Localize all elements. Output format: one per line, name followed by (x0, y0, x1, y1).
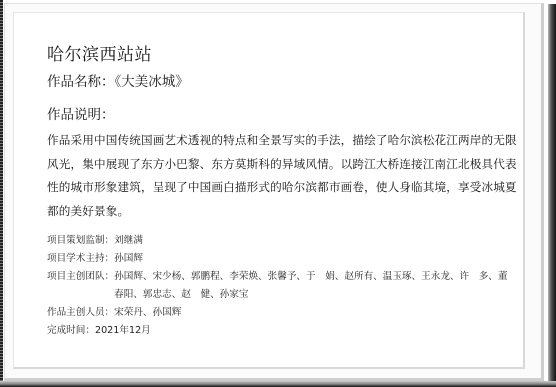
credit-label: 作品主创人员： (47, 304, 114, 322)
credit-label: 项目策划监制： (47, 232, 114, 250)
credit-value: 2021年12月 (95, 322, 517, 340)
credit-row-lead-creators: 作品主创人员： 宋荣丹、孙国辉 (47, 304, 517, 322)
credit-value: 宋荣丹、孙国辉 (114, 304, 517, 322)
work-name-label: 作品名称： (47, 74, 115, 90)
credit-row-academic-host: 项目学术主持： 孙国辉 (47, 250, 517, 268)
frame-bottom-shadow (0, 381, 556, 387)
credit-row-completion-date: 完成时间： 2021年12月 (47, 322, 517, 340)
credit-label: 完成时间： (47, 322, 95, 340)
document-title: 哈尔滨西站站 (47, 40, 152, 65)
frame-left-edge (0, 0, 3, 387)
credit-row-creative-team: 项目主创团队： 孙国辉、宋少杨、郭鹏程、李荣焕、张馨予、于 娟、赵所有、温玉琢、… (47, 268, 517, 304)
credit-value: 刘继满 (114, 232, 517, 250)
description-body: 作品采用中国传统国画艺术透视的特点和全景写实的手法，描绘了哈尔滨松花江两岸的无限… (47, 129, 517, 223)
credit-value: 孙国辉 (114, 250, 517, 268)
credit-label: 项目主创团队： (47, 268, 114, 304)
work-name: 作品名称：《大美冰城》 (47, 70, 189, 90)
credits-list: 项目策划监制： 刘继满 项目学术主持： 孙国辉 项目主创团队： 孙国辉、宋少杨、… (47, 232, 517, 340)
credit-row-planning-supervisor: 项目策划监制： 刘继满 (47, 232, 517, 250)
credit-value: 孙国辉、宋少杨、郭鹏程、李荣焕、张馨予、于 娟、赵所有、温玉琢、王永龙、许 多、… (114, 268, 517, 304)
frame-right-shadow (548, 4, 556, 387)
work-name-value: 《大美冰城》 (115, 74, 189, 90)
credit-label: 项目学术主持： (47, 250, 114, 268)
description-heading: 作品说明： (47, 103, 115, 123)
